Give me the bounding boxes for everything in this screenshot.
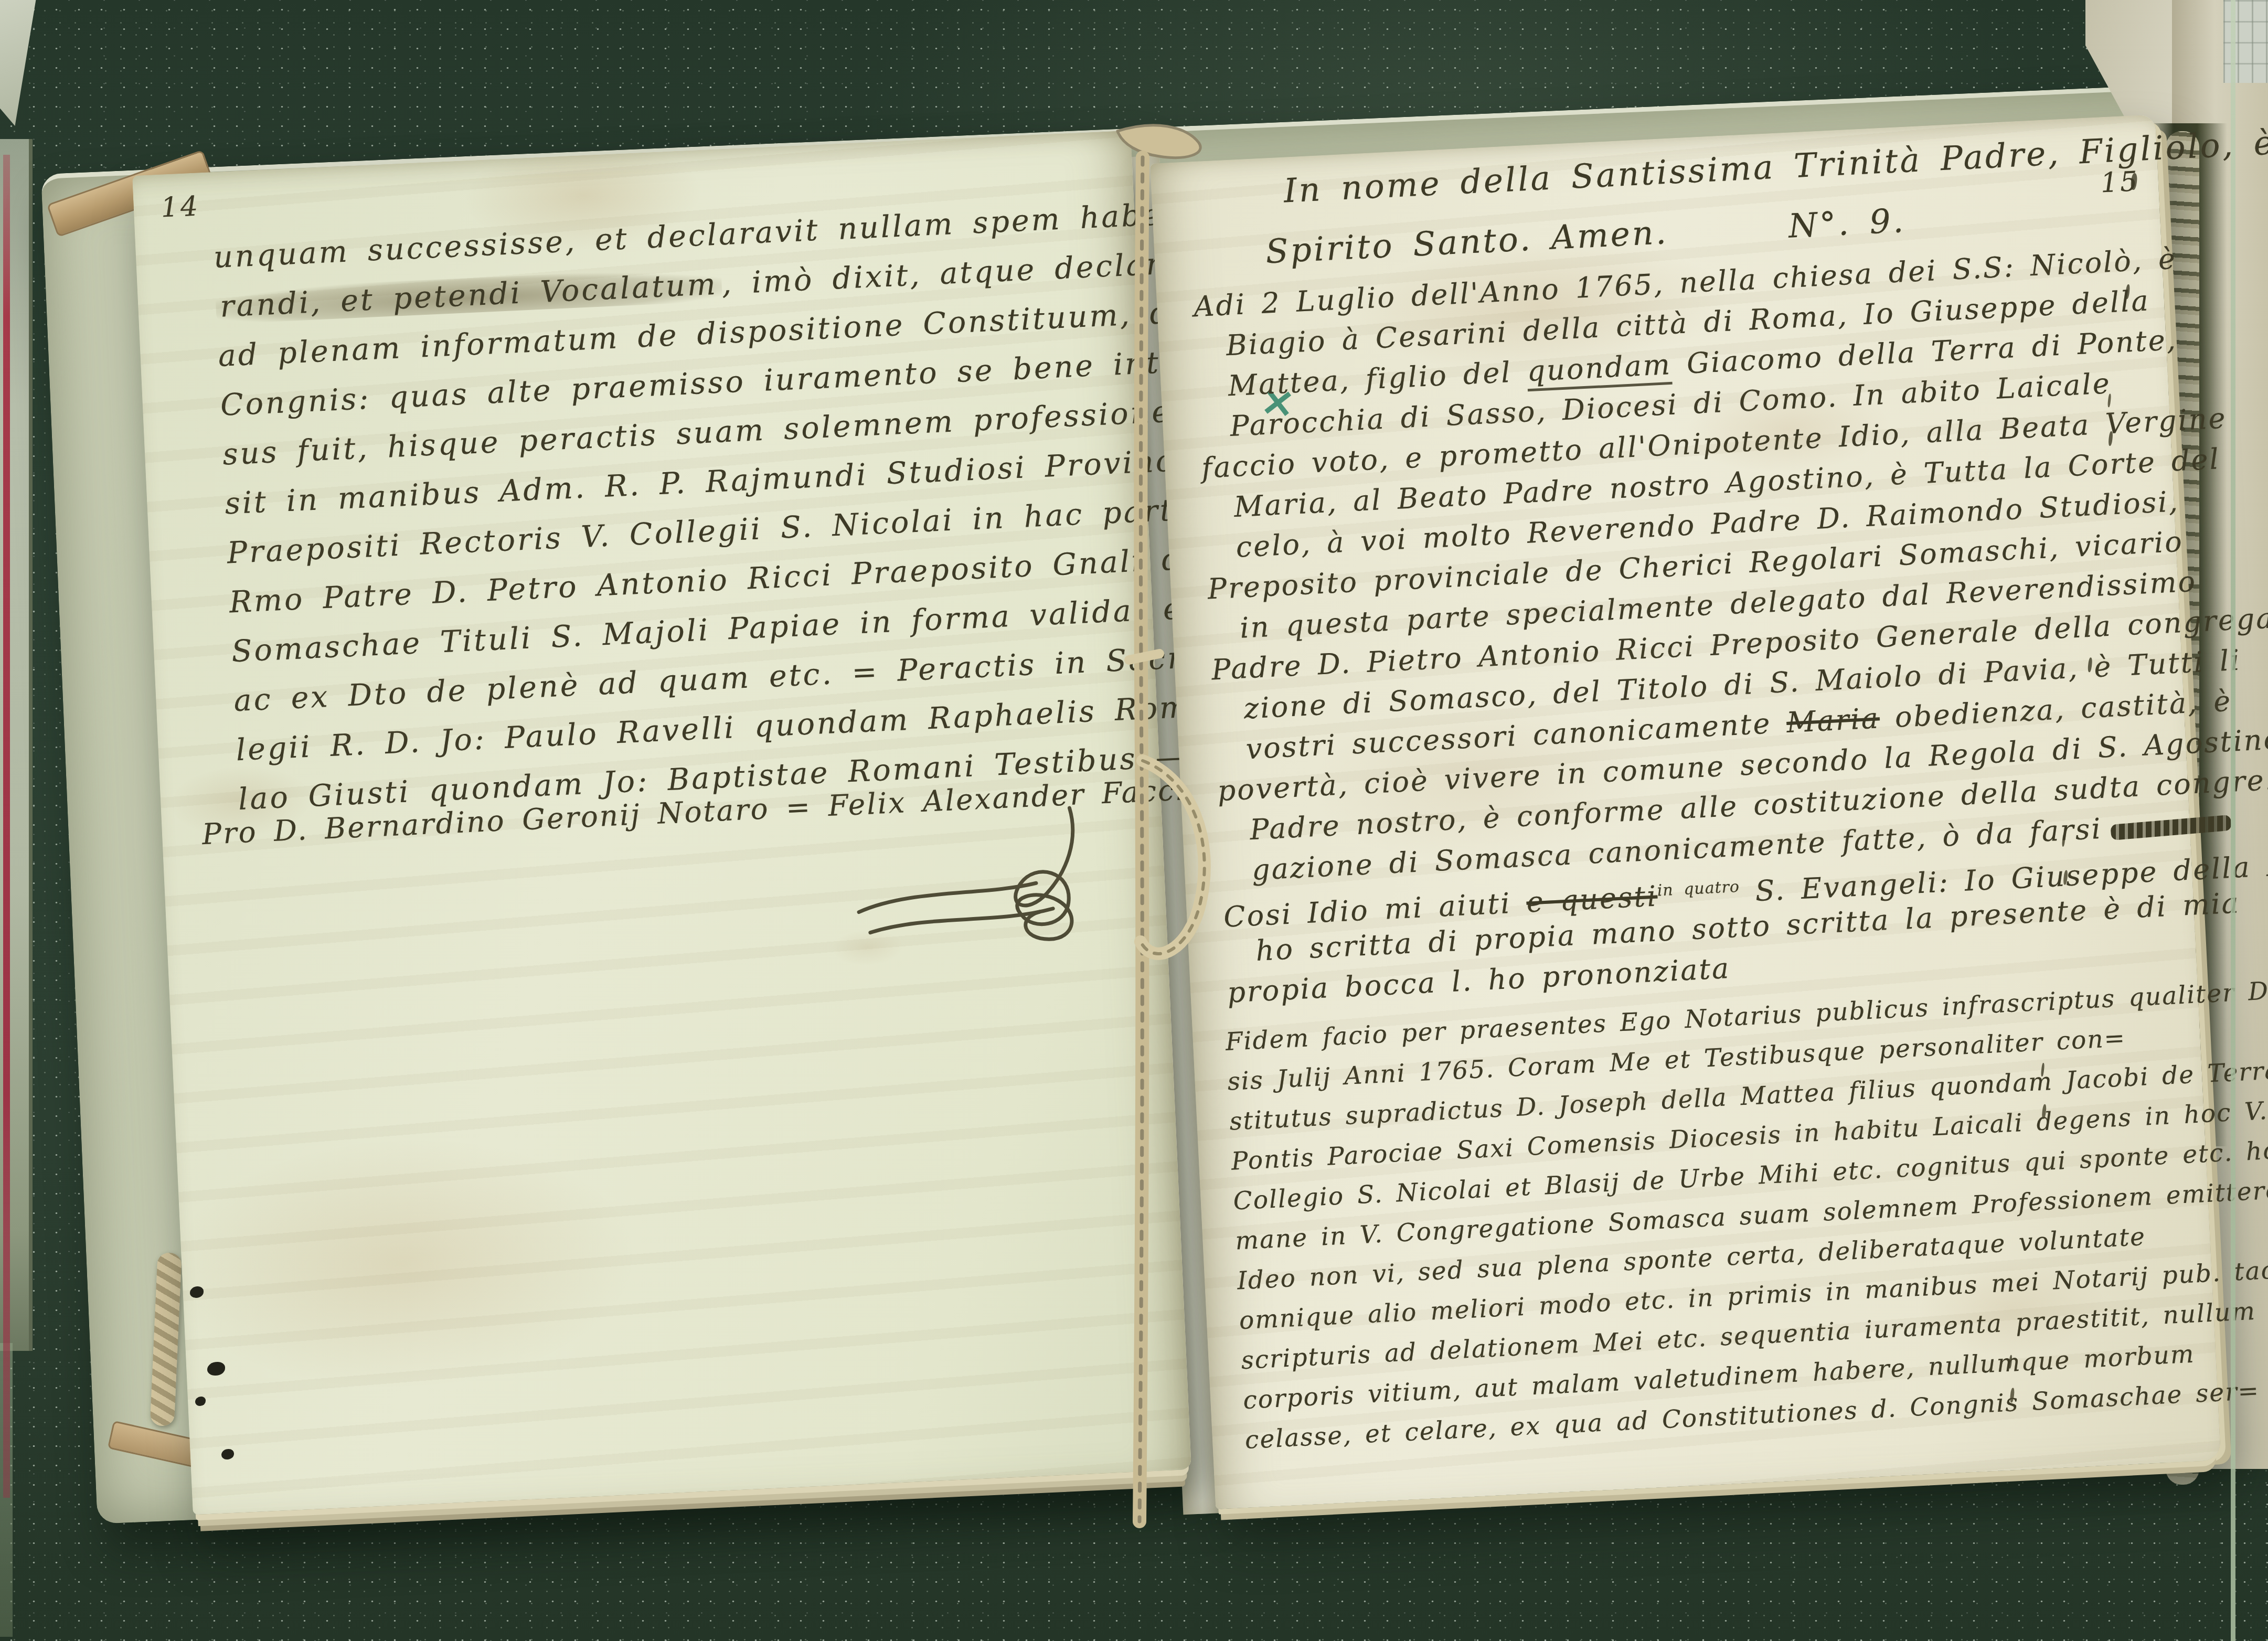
italian-vow-text: Adi 2 Luglio dell'Anno 1765, nella chies… [1223,241,2149,1011]
cover-tie-cord [150,1252,182,1426]
paper-corner-topleft [0,0,50,126]
interlinear-insertion: in quatro [1657,878,1740,900]
left-page-text: unquam successisse, et declaravit nullam… [212,194,1099,824]
red-edge-line [3,155,10,1498]
scanner-corner-grid [2223,0,2268,83]
signature-flourish [844,802,1103,981]
latin-notary-attestation: Fidem facio per praesentes Ego Notarius … [1224,976,2189,1461]
sewing-cord [1081,110,1249,1558]
green-string [2231,0,2235,1641]
right-page: 15 In nome della Santissima Trinità Padr… [1150,114,2221,1509]
struck-word: Maria [1786,701,1881,739]
entry-number-label: N°. 9. [1787,201,1906,246]
heading-text: Spirito Santo. Amen. [1265,213,1669,271]
manuscript-photo: 14 unquam successisse, et declaravit nul… [0,0,2268,1641]
left-page: 14 unquam successisse, et declaravit nul… [132,131,1191,1515]
page-number-left: 14 [160,190,200,223]
underlined-word: quondam [1526,348,1673,391]
